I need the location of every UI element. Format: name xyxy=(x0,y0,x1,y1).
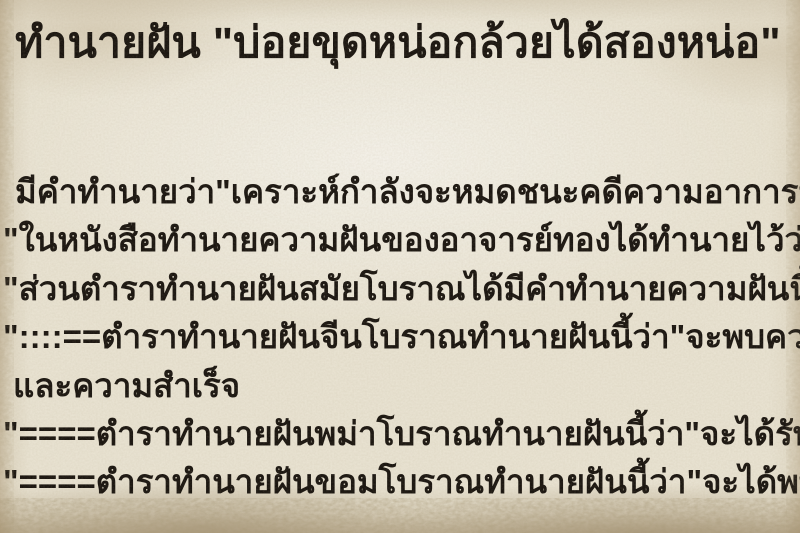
page-title: ทำนายฝัน "บ่อยขุดหน่อกล้วยได้สองหน่อ" xyxy=(15,8,781,76)
dream-text-line: "::::==ตำราทำนายฝันจีนโบราณทำนายฝันนี้ว่… xyxy=(3,313,800,361)
dream-text-line: มีคำทำนายว่า"เคราะห์กำลังจะหมดชนะคดีความ… xyxy=(3,168,800,216)
dream-text-line: "====ตำราทำนายฝันพม่าโบราณทำนายฝันนี้ว่า… xyxy=(3,410,800,458)
dream-text-line: "ในหนังสือทำนายความฝันของอาจารย์ทองได้ทำ… xyxy=(3,216,800,264)
dream-text-line: "ส่วนตำราทำนายฝันสมัยโบราณได้มีคำทำนายคว… xyxy=(3,265,800,313)
dream-interpretation-page: ทำนายฝัน "บ่อยขุดหน่อกล้วยได้สองหน่อ" มี… xyxy=(0,0,800,533)
dream-text-line: และความสำเร็จ xyxy=(3,362,800,410)
dream-text-block: มีคำทำนายว่า"เคราะห์กำลังจะหมดชนะคดีความ… xyxy=(3,168,800,507)
dream-text-line: "====ตำราทำนายฝันขอมโบราณทำนายฝันนี้ว่า"… xyxy=(3,458,800,506)
